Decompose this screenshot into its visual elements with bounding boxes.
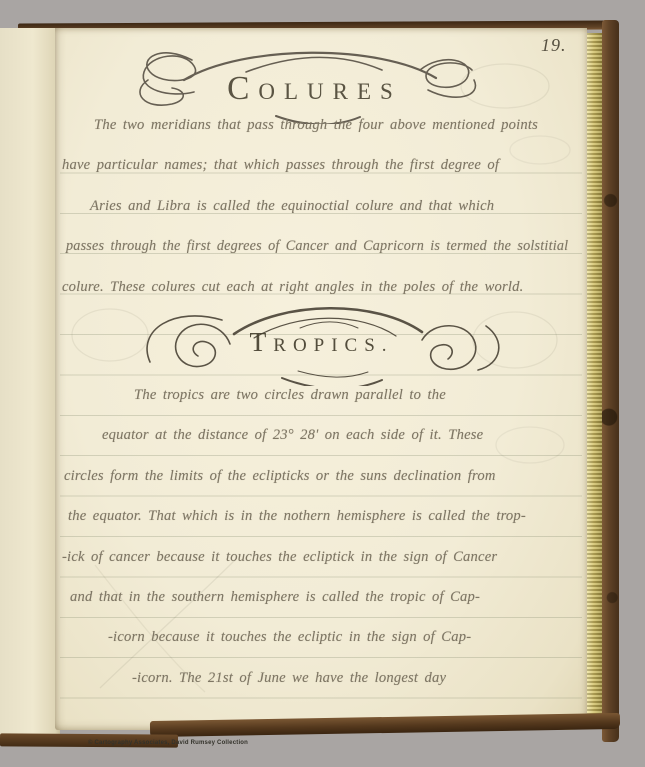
previous-page-sliver	[0, 28, 60, 740]
manuscript-line: have particular names; that which passes…	[62, 145, 584, 185]
manuscript-line: The two meridians that pass through the …	[62, 105, 584, 145]
section-heading-tropics: TROPICS.	[132, 300, 504, 386]
section-title: COLURES	[218, 70, 402, 108]
manuscript-line: The tropics are two circles drawn parall…	[62, 375, 584, 415]
colures-paragraph: The two meridians that pass through the …	[62, 105, 584, 307]
manuscript-line: passes through the first degrees of Canc…	[62, 226, 584, 266]
manuscript-line: the equator. That which is in the nother…	[62, 496, 584, 536]
copyright-watermark: © Cartography Associates, David Rumsey C…	[88, 740, 248, 746]
manuscript-line: and that in the southern hemisphere is c…	[62, 577, 584, 617]
section-title: TROPICS.	[242, 326, 393, 358]
manuscript-line: -icorn. The 21st of June we have the lon…	[62, 658, 584, 698]
manuscript-line: Aries and Libra is called the equinoctia…	[62, 186, 584, 226]
page-number: 19.	[541, 35, 567, 56]
book-cover-right	[602, 20, 619, 742]
page-block-gilt-edge	[587, 33, 602, 727]
manuscript-line: equator at the distance of 23° 28' on ea…	[62, 415, 584, 455]
tropics-paragraph: The tropics are two circles drawn parall…	[62, 375, 584, 698]
scanned-manuscript-page: 19. COLURES The two meridians that pass …	[0, 0, 645, 767]
manuscript-line: circles form the limits of the ecliptick…	[62, 456, 584, 496]
manuscript-line: -icorn because it touches the ecliptic i…	[62, 617, 584, 657]
manuscript-line: -ick of cancer because it touches the ec…	[62, 537, 584, 577]
